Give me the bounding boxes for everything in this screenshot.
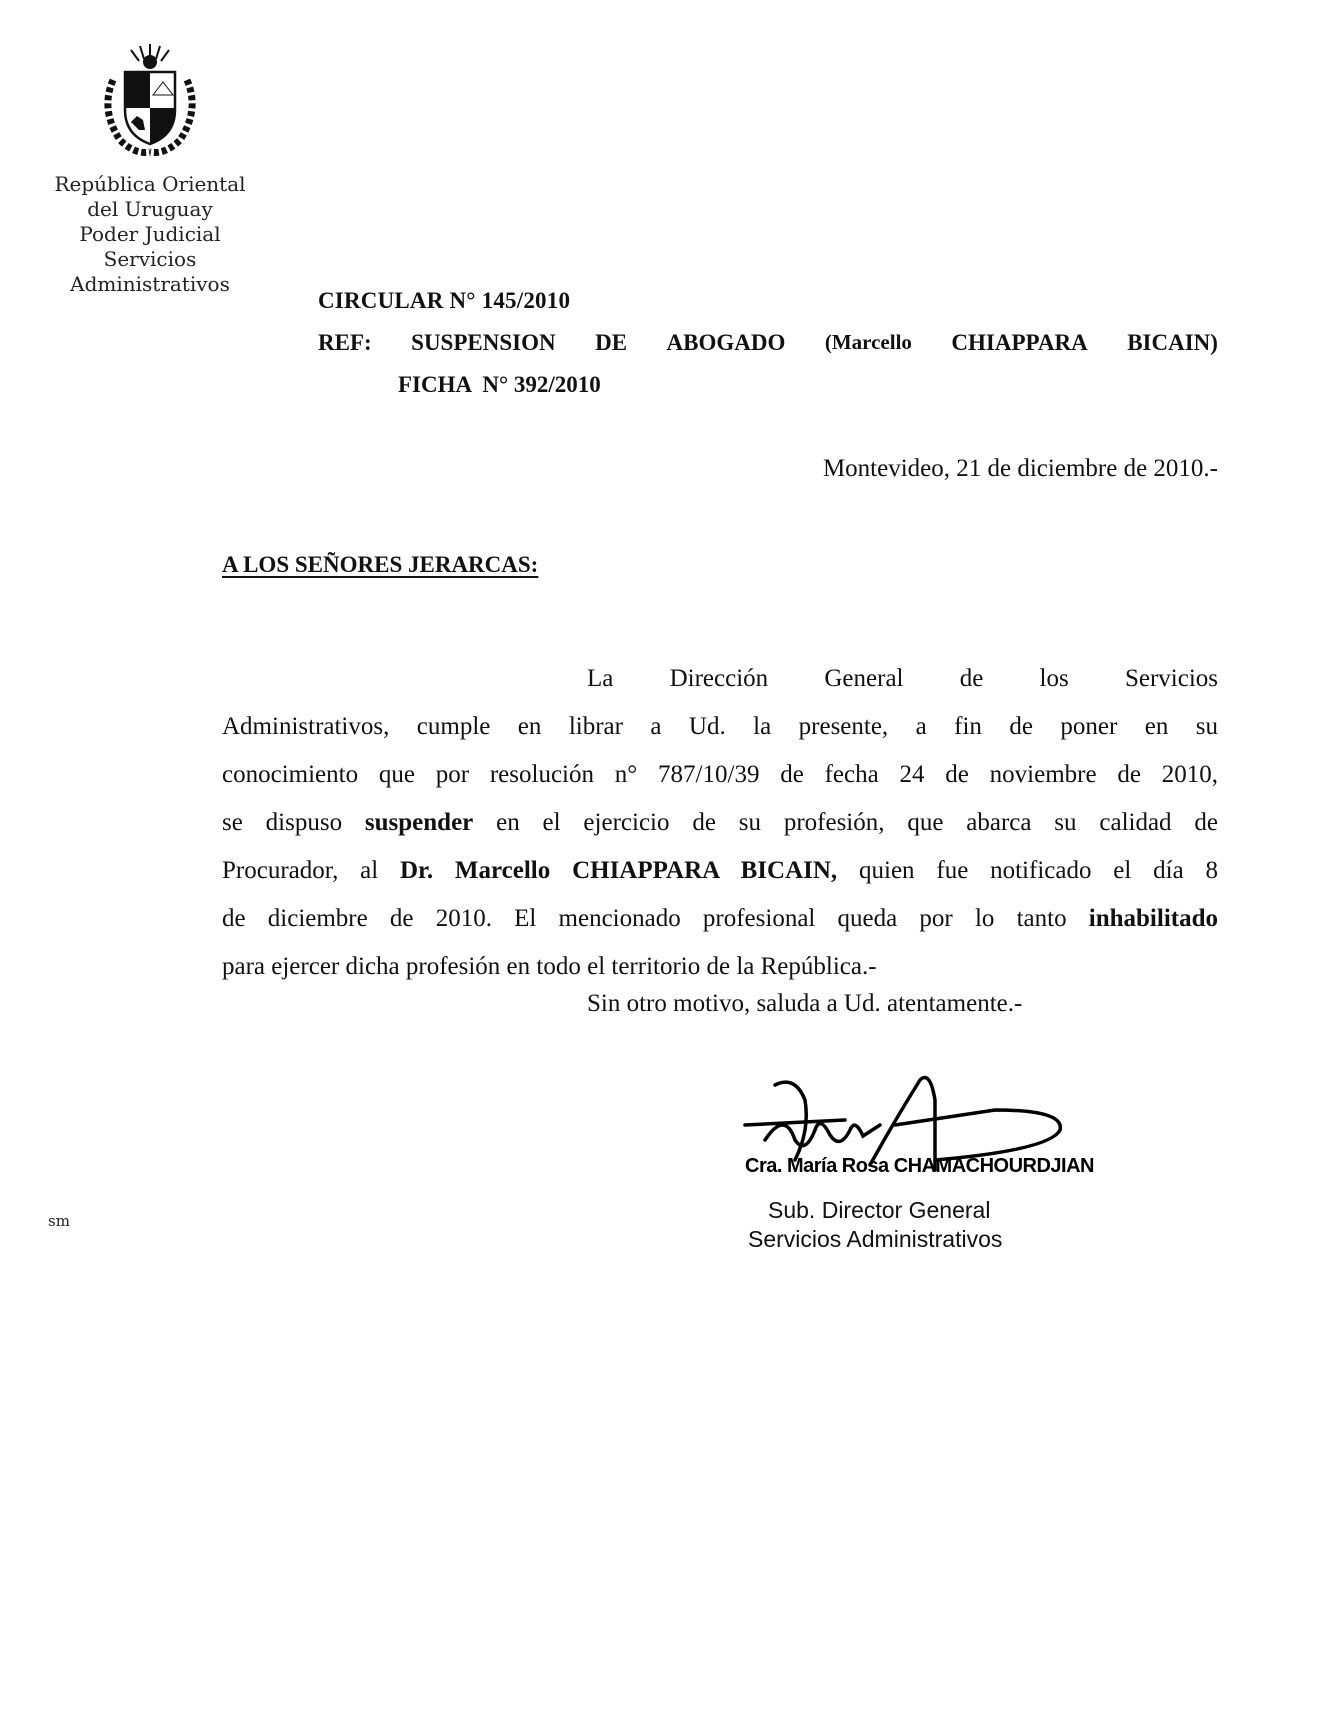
- ref-word: DE: [595, 330, 627, 356]
- emphasis-lawyer-name: Dr. Marcello CHIAPPARA BICAIN,: [400, 857, 837, 884]
- body-line: conocimiento que por resolución n° 787/1…: [222, 751, 1218, 799]
- body-text: Procurador, al: [222, 857, 400, 884]
- signer-title-line: Sub. Director General: [768, 1196, 1068, 1225]
- ref-name-last2: BICAIN): [1127, 330, 1218, 356]
- ref-label: REF:: [318, 330, 372, 356]
- body-line: Procurador, al Dr. Marcello CHIAPPARA BI…: [222, 847, 1218, 895]
- signer-title-line: Servicios Administrativos: [748, 1225, 1068, 1254]
- body-text: en el ejercicio de su profesión, que aba…: [473, 809, 1218, 836]
- signer-name: Cra. María Rosa CHAMACHOURDJIAN: [745, 1155, 1094, 1178]
- emphasis-inhabilitado: inhabilitado: [1089, 905, 1218, 932]
- body-line: de diciembre de 2010. El mencionado prof…: [222, 895, 1218, 943]
- coat-of-arms-icon: [95, 40, 205, 160]
- body-line: se dispuso suspender en el ejercicio de …: [222, 799, 1218, 847]
- circular-number: CIRCULAR N° 145/2010: [318, 288, 570, 314]
- institution-line: del Uruguay: [45, 197, 255, 222]
- institution-line: Poder Judicial: [45, 222, 255, 247]
- ref-name-last: CHIAPPARA: [951, 330, 1087, 356]
- ref-name-first: (Marcello: [825, 330, 912, 356]
- closing-line: Sin otro motivo, saluda a Ud. atentament…: [587, 990, 1022, 1018]
- body-paragraph: La Dirección General de los Servicios Ad…: [222, 655, 1218, 991]
- ref-word: SUSPENSION: [411, 330, 555, 356]
- signer-title: Sub. Director General Servicios Administ…: [768, 1196, 1068, 1254]
- body-text: de diciembre de 2010. El mencionado prof…: [222, 905, 1089, 932]
- body-line: La Dirección General de los Servicios: [222, 655, 1218, 703]
- document-page: República Oriental del Uruguay Poder Jud…: [0, 0, 1331, 1720]
- institution-name: República Oriental del Uruguay Poder Jud…: [45, 172, 255, 297]
- typist-initials: sm: [48, 1212, 70, 1230]
- emphasis-suspender: suspender: [365, 809, 473, 836]
- body-text: se dispuso: [222, 809, 365, 836]
- body-text: quien fue notificado el día 8: [837, 857, 1218, 884]
- date-line: Montevideo, 21 de diciembre de 2010.-: [823, 455, 1218, 483]
- body-line: Administrativos, cumple en librar a Ud. …: [222, 703, 1218, 751]
- reference-line: REF: SUSPENSION DE ABOGADO (Marcello CHI…: [318, 330, 1218, 356]
- institution-line: Administrativos: [45, 272, 255, 297]
- body-line: para ejercer dicha profesión en todo el …: [222, 943, 1218, 991]
- ficha-number: FICHA N° 392/2010: [398, 372, 601, 398]
- salutation: A LOS SEÑORES JERARCAS:: [222, 552, 538, 578]
- ref-word: ABOGADO: [667, 330, 786, 356]
- institution-line: República Oriental: [45, 172, 255, 197]
- institution-line: Servicios: [45, 247, 255, 272]
